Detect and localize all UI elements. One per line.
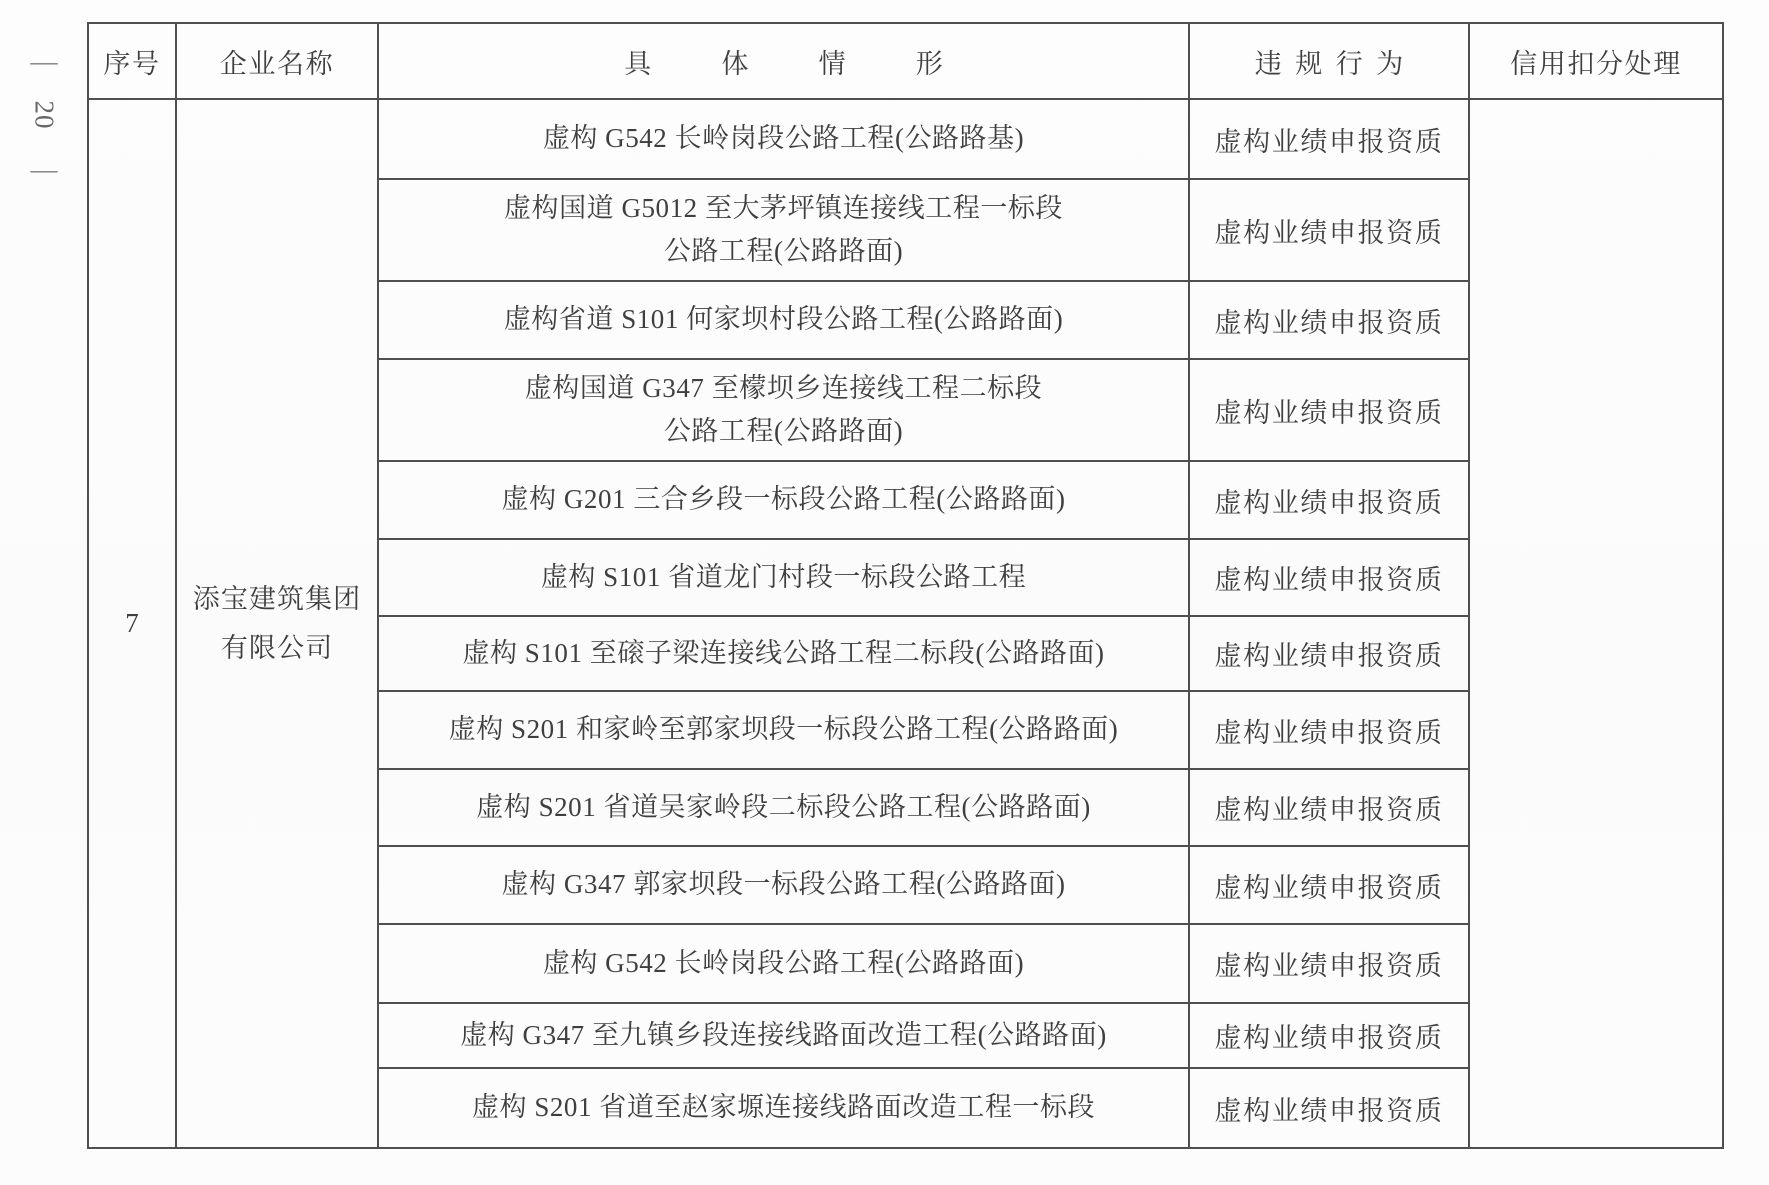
violation-cell: 虚构业绩申报资质: [1189, 461, 1469, 539]
violation-cell: 虚构业绩申报资质: [1189, 1003, 1469, 1068]
violation-cell: 虚构业绩申报资质: [1189, 179, 1469, 281]
situation-cell: 虚构 G201 三合乡段一标段公路工程(公路路面): [378, 461, 1189, 539]
violation-cell: 虚构业绩申报资质: [1189, 99, 1469, 179]
situation-cell: 虚构省道 S101 何家坝村段公路工程(公路路面): [378, 281, 1189, 359]
situation-cell: 虚构 S201 和家岭至郭家坝段一标段公路工程(公路路面): [378, 691, 1189, 769]
table-row: 7 添宝建筑集团 有限公司 虚构 G542 长岭岗段公路工程(公路路基) 虚构业…: [88, 99, 1723, 179]
page-number: — 20 —: [16, 46, 72, 184]
violation-cell: 虚构业绩申报资质: [1189, 281, 1469, 359]
scanned-document-page: — 20 — 序号 企业名称 具体情形 违规行为 信用扣分处理 7 添宝建筑集团…: [0, 0, 1769, 1185]
seq-cell: 7: [88, 99, 176, 1148]
company-cell: 添宝建筑集团 有限公司: [176, 99, 378, 1148]
violation-cell: 虚构业绩申报资质: [1189, 691, 1469, 769]
header-company: 企业名称: [176, 23, 378, 99]
header-credit: 信用扣分处理: [1469, 23, 1723, 99]
violation-cell: 虚构业绩申报资质: [1189, 359, 1469, 461]
situation-cell: 虚构国道 G5012 至大茅坪镇连接线工程一标段 公路工程(公路路面): [378, 179, 1189, 281]
table-header-row: 序号 企业名称 具体情形 违规行为 信用扣分处理: [88, 23, 1723, 99]
header-seq: 序号: [88, 23, 176, 99]
page-number-dash-bottom: —: [31, 154, 58, 184]
violation-cell: 虚构业绩申报资质: [1189, 846, 1469, 924]
violation-cell: 虚构业绩申报资质: [1189, 924, 1469, 1003]
violation-cell: 虚构业绩申报资质: [1189, 1068, 1469, 1148]
header-violation: 违规行为: [1189, 23, 1469, 99]
situation-cell: 虚构 G347 至九镇乡段连接线路面改造工程(公路路面): [378, 1003, 1189, 1068]
violation-cell: 虚构业绩申报资质: [1189, 539, 1469, 616]
situation-cell: 虚构 G347 郭家坝段一标段公路工程(公路路面): [378, 846, 1189, 924]
situation-cell: 虚构 G542 长岭岗段公路工程(公路路面): [378, 924, 1189, 1003]
situation-cell: 虚构 G542 长岭岗段公路工程(公路路基): [378, 99, 1189, 179]
header-situation: 具体情形: [378, 23, 1189, 99]
violation-cell: 虚构业绩申报资质: [1189, 616, 1469, 691]
credit-cell: [1469, 99, 1723, 1148]
page-number-value: 20: [29, 101, 59, 130]
situation-cell: 虚构国道 G347 至檬坝乡连接线工程二标段 公路工程(公路路面): [378, 359, 1189, 461]
situation-cell: 虚构 S101 省道龙门村段一标段公路工程: [378, 539, 1189, 616]
violations-table: 序号 企业名称 具体情形 违规行为 信用扣分处理 7 添宝建筑集团 有限公司 虚…: [87, 22, 1724, 1149]
situation-cell: 虚构 S201 省道吴家岭段二标段公路工程(公路路面): [378, 769, 1189, 846]
situation-cell: 虚构 S101 至磙子梁连接线公路工程二标段(公路路面): [378, 616, 1189, 691]
violation-cell: 虚构业绩申报资质: [1189, 769, 1469, 846]
situation-cell: 虚构 S201 省道至赵家塬连接线路面改造工程一标段: [378, 1068, 1189, 1148]
page-number-dash-top: —: [31, 46, 58, 76]
